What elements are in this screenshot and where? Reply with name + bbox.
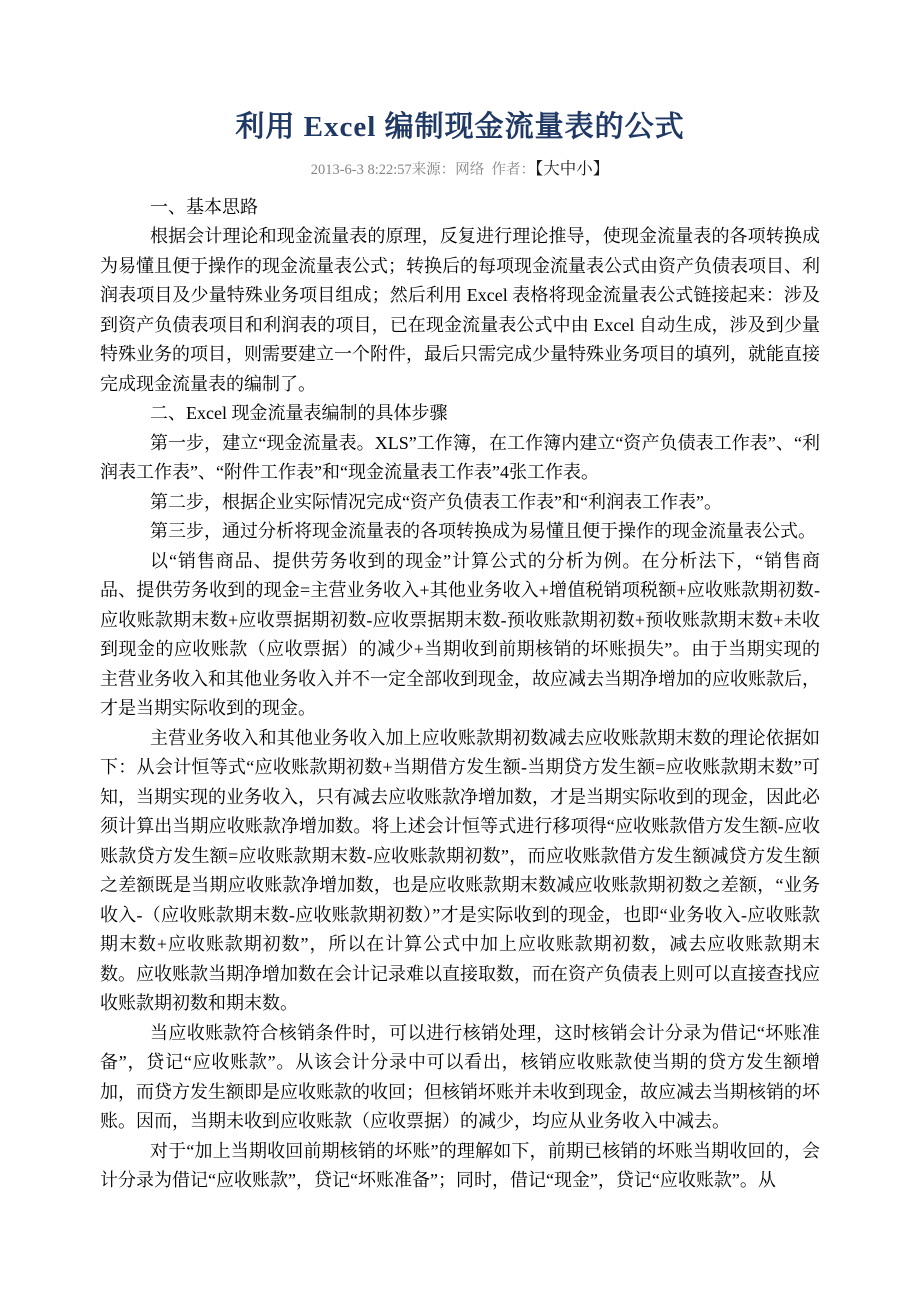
paragraph: 第三步，通过分析将现金流量表的各项转换成为易懂且便于操作的现金流量表公式。 (100, 517, 820, 547)
paragraph: 当应收账款符合核销条件时，可以进行核销处理，这时核销会计分录为借记“坏账准备”，… (100, 1019, 820, 1137)
paragraph: 第一步，建立“现金流量表。XLS”工作簿，在工作簿内建立“资产负债表工作表”、“… (100, 429, 820, 488)
paragraph: 主营业务收入和其他业务收入加上应收账款期初数减去应收账款期末数的理论依据如下：从… (100, 724, 820, 1019)
byline-author-label: 作者： (492, 162, 536, 178)
font-size-selector[interactable]: 【大中小】 (535, 159, 609, 178)
paragraph: 对于“加上当期收回前期核销的坏账”的理解如下，前期已核销的坏账当期收回的，会计分… (100, 1137, 820, 1196)
paragraph: 以“销售商品、提供劳务收到的现金”计算公式的分析为例。在分析法下，“销售商品、提… (100, 547, 820, 724)
byline-datetime: 2013-6-3 8:22:57 (311, 162, 412, 178)
byline: 2013-6-3 8:22:57来源：网络作者：【大中小】 (100, 158, 820, 180)
document-page: 利用 Excel 编制现金流量表的公式 2013-6-3 8:22:57来源：网… (0, 0, 920, 1302)
byline-source: 来源：网络 (412, 162, 485, 178)
paragraph: 第二步，根据企业实际情况完成“资产负债表工作表”和“利润表工作表”。 (100, 488, 820, 518)
paragraph: 一、基本思路 (100, 193, 820, 223)
page-title: 利用 Excel 编制现金流量表的公式 (100, 110, 820, 145)
paragraph: 二、Excel 现金流量表编制的具体步骤 (100, 399, 820, 429)
document-body: 一、基本思路根据会计理论和现金流量表的原理，反复进行理论推导，使现金流量表的各项… (100, 193, 820, 1196)
paragraph: 根据会计理论和现金流量表的原理，反复进行理论推导，使现金流量表的各项转换成为易懂… (100, 222, 820, 399)
